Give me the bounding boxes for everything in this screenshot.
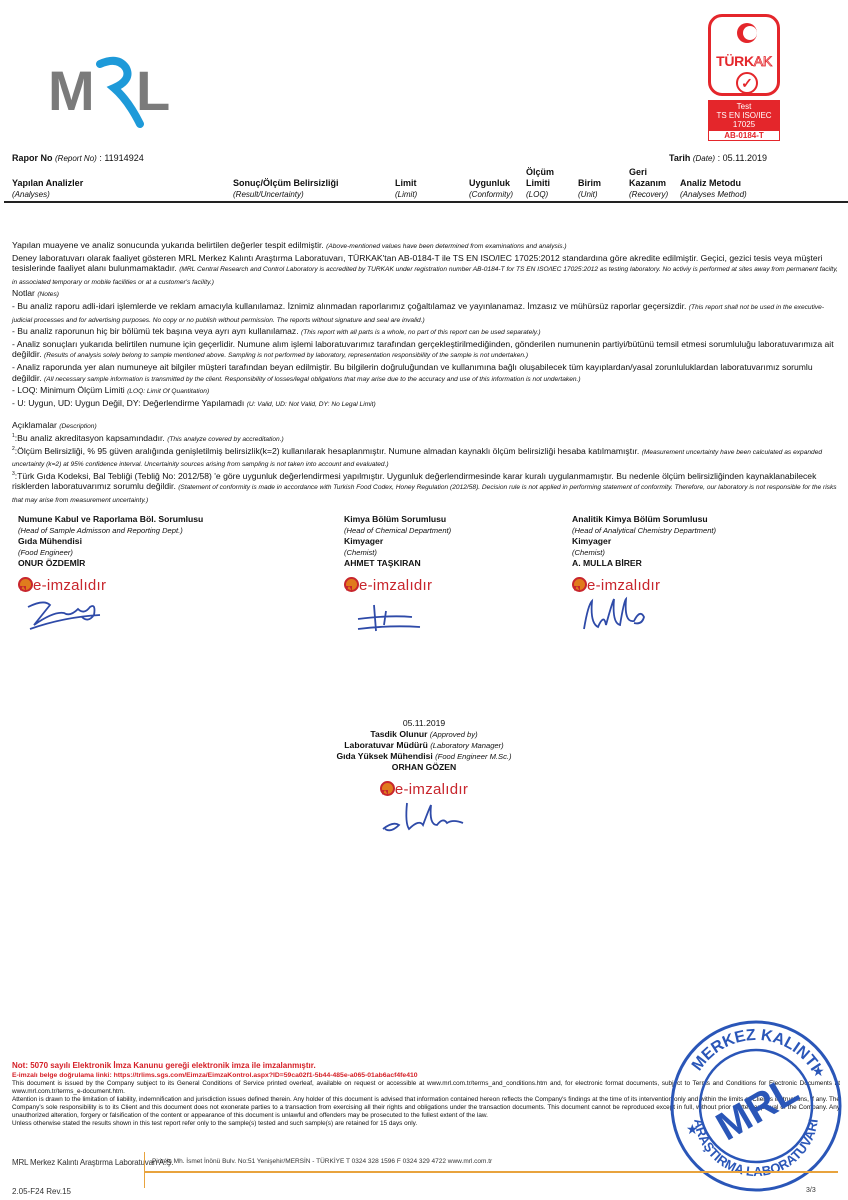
signatory-block: Analitik Kimya Bölüm Sorumlusu (Head of … (572, 514, 716, 636)
statement-accreditation: Deney laboratuvarı olarak faaliyet göste… (12, 253, 842, 289)
form-code: 2.05-F24 Rev.15 (12, 1187, 71, 1196)
svg-text:L: L (136, 59, 170, 122)
approver-name: ORHAN GÖZEN (392, 762, 456, 772)
column-header-loq: ÖlçümLimiti(LOQ) (526, 167, 554, 200)
note-item: - Analiz sonuçları yukarıda belirtilen n… (12, 339, 842, 362)
note-item: - Bu analiz raporunun hiç bir bölümü tek… (12, 326, 842, 339)
e-signature-badge: e-imzalıdır (344, 577, 451, 593)
note-item: - Analiz raporunda yer alan numuneye ait… (12, 362, 842, 385)
descriptions-title: Açıklamalar (Description) (12, 420, 842, 433)
report-statements: Yapılan muayene ve analiz sonucunda yuka… (12, 240, 842, 506)
report-date: Tarih (Date) : 05.11.2019 (669, 153, 767, 163)
column-header-unit: Birim(Unit) (578, 178, 601, 200)
description-item: 1:Bu analiz akreditasyon kapsamındadır. … (12, 433, 842, 446)
footer-divider-vertical (144, 1152, 145, 1188)
signatory-name: ONUR ÖZDEMİR (18, 558, 203, 569)
note-item: - LOQ: Minimum Ölçüm Limiti (LOQ: Limit … (12, 385, 842, 398)
column-header-conformity: Uygunluk(Conformity) (469, 178, 513, 200)
signatory-block: Numune Kabul ve Raporlama Böl. Sorumlusu… (18, 514, 203, 636)
accreditation-type: Test (708, 102, 780, 111)
svg-text:MRL: MRL (709, 1068, 806, 1149)
esign-legal-note: Not: 5070 sayılı Elektronik İmza Kanunu … (12, 1061, 418, 1080)
rosette-icon (18, 577, 29, 593)
company-seal-stamp: MERKEZ KALINTI ARAŞTIRMA LABORATUVARI MR… (668, 1018, 844, 1194)
mrl-logo: M L (48, 48, 178, 128)
rosette-icon (572, 577, 583, 593)
turkak-brand: TÜRKAK (711, 53, 777, 69)
signatory-block: Kimya Bölüm Sorumlusu (Head of Chemical … (344, 514, 451, 636)
check-icon: ✓ (736, 72, 758, 94)
column-header-result: Sonuç/Ölçüm Belirsizliği(Result/Uncertai… (233, 178, 339, 200)
column-header-method: Analiz Metodu(Analyses Method) (680, 178, 747, 200)
rosette-icon (380, 781, 391, 797)
table-header-rule (4, 201, 848, 203)
handwritten-signature (24, 595, 114, 633)
page-number: 3/3 (806, 1187, 816, 1194)
rosette-icon (344, 577, 355, 593)
description-item: 2:Ölçüm Belirsizliği, % 95 güven aralığı… (12, 446, 842, 471)
footer-address: Piriréis Mh. İsmet İnönü Bulv. No:51 Yen… (152, 1158, 492, 1165)
report-number: Rapor No (Report No) : 11914924 (12, 153, 144, 163)
approval-date: 05.11.2019 (300, 718, 548, 729)
notes-title: Notlar (Notes) (12, 288, 842, 301)
e-signature-badge: e-imzalıdır (18, 577, 203, 593)
svg-text:M: M (48, 59, 95, 122)
verification-link[interactable]: https://trlims.sgs.com/Eimza/EimzaKontro… (114, 1072, 418, 1079)
note-item: - U: Uygun, UD: Uygun Değil, DY: Değerle… (12, 398, 842, 411)
turkak-accreditation-logo: TÜRKAK ✓ Test TS EN ISO/IEC 17025 AB-018… (708, 14, 780, 136)
column-header-analyses: Yapılan Analizler(Analyses) (12, 178, 83, 200)
approval-block: 05.11.2019 Tasdik Olunur (Approved by) L… (300, 718, 548, 837)
column-header-limit: Limit(Limit) (395, 178, 417, 200)
e-signature-badge: e-imzalıdır (300, 781, 548, 797)
note-item: - Bu analiz raporu adli-idari işlemlerde… (12, 301, 842, 326)
accreditation-standard: TS EN ISO/IEC 17025 (708, 111, 780, 129)
handwritten-signature (379, 799, 469, 837)
description-item: 3:Türk Gıda Kodeksi, Bal Tebliği (Tebliğ… (12, 471, 842, 507)
e-signature-badge: e-imzalıdır (572, 577, 716, 593)
signatory-name: A. MULLA BİRER (572, 558, 716, 569)
svg-text:★: ★ (686, 1121, 699, 1137)
handwritten-signature (350, 595, 440, 633)
footer-divider-horizontal (144, 1171, 838, 1173)
svg-text:★: ★ (812, 1063, 825, 1079)
accreditation-code: AB-0184-T (708, 130, 780, 141)
signatory-name: AHMET TAŞKIRAN (344, 558, 451, 569)
handwritten-signature (578, 595, 668, 633)
statement-1: Yapılan muayene ve analiz sonucunda yuka… (12, 240, 842, 253)
column-header-recovery: GeriKazanım(Recovery) (629, 167, 668, 200)
crescent-icon (737, 23, 757, 43)
footer-company-name: MRL Merkez Kalıntı Araştırma Laboratuvar… (12, 1158, 173, 1167)
